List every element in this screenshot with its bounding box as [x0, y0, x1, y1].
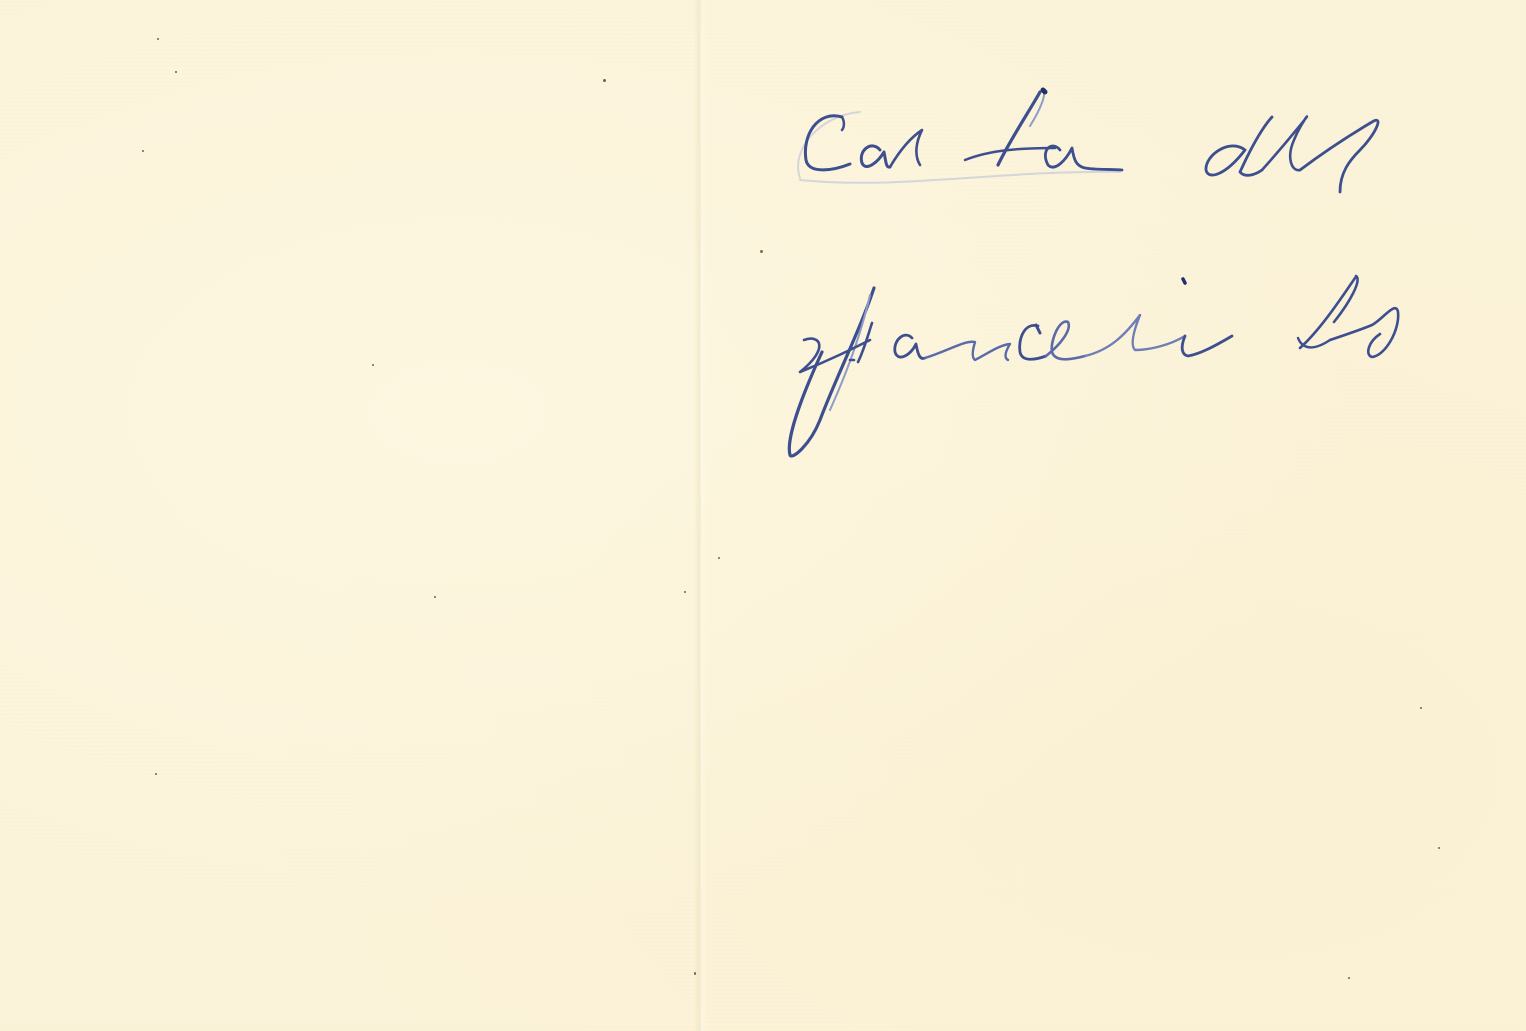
line-francesito [789, 276, 1398, 456]
line-carta-del [805, 90, 1378, 192]
paper-sheet: carta del francesito [0, 0, 1526, 1031]
handwriting-strokes [0, 0, 1526, 1031]
